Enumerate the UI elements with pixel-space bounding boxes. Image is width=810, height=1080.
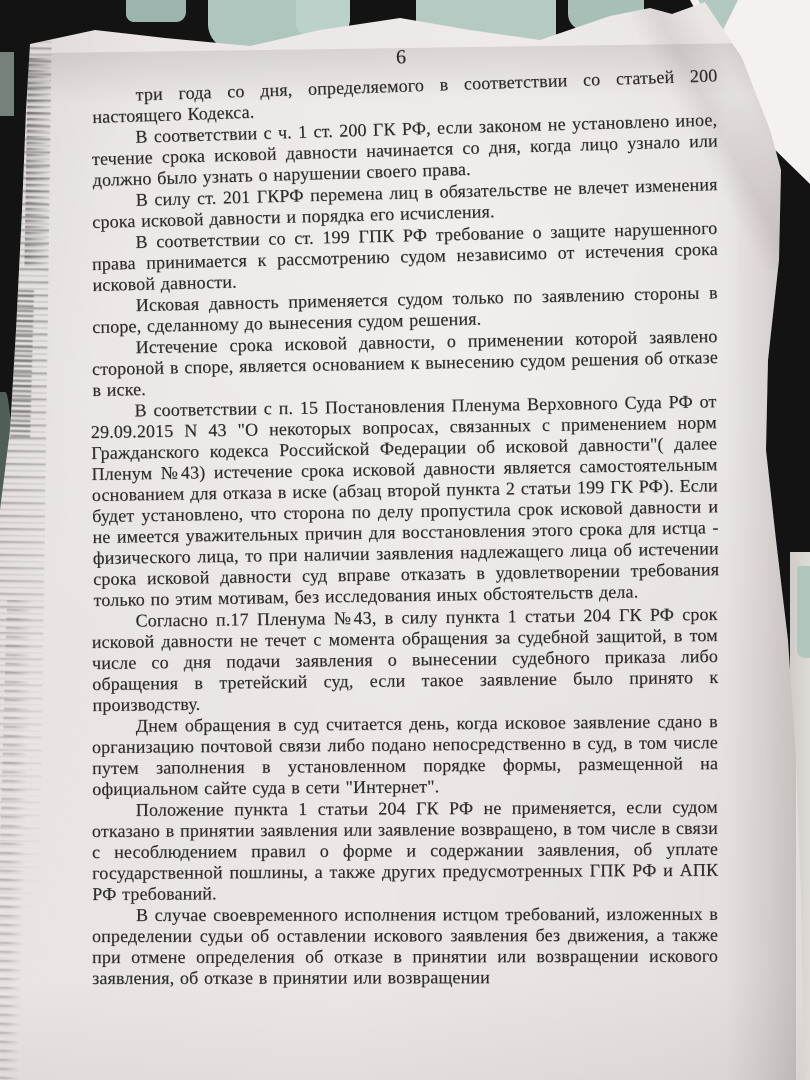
page-number: 6 [396,45,427,69]
document-page: 6 три года со дня, определяемого в соотв… [0,0,810,1080]
toner-streaks-top [24,58,52,268]
paragraph: Истечение срока исковой давности, о прим… [91,326,718,401]
document-text: три года со дня, определяемого в соответ… [92,86,718,989]
photo-scene: 6 три года со дня, определяемого в соотв… [0,0,810,1080]
paragraph: В случае своевременного исполнения истцо… [92,904,718,989]
paper-shade-bottom [0,980,810,1080]
paragraph: В соответствии с п. 15 Постановления Пле… [90,391,719,611]
paragraph: Согласно п.17 Пленума №43, в силу пункта… [91,604,718,716]
background-patch-left [0,52,14,116]
mint-sliver-right [797,566,810,658]
mint-object-top [126,0,186,22]
paragraph: Днем обращения в суд считается день, ког… [92,711,719,800]
paper-shade-right [726,0,796,1080]
toner-streaks-middle [10,290,34,440]
paragraph: Положение пункта 1 статьи 204 ГК РФ не п… [92,797,719,905]
